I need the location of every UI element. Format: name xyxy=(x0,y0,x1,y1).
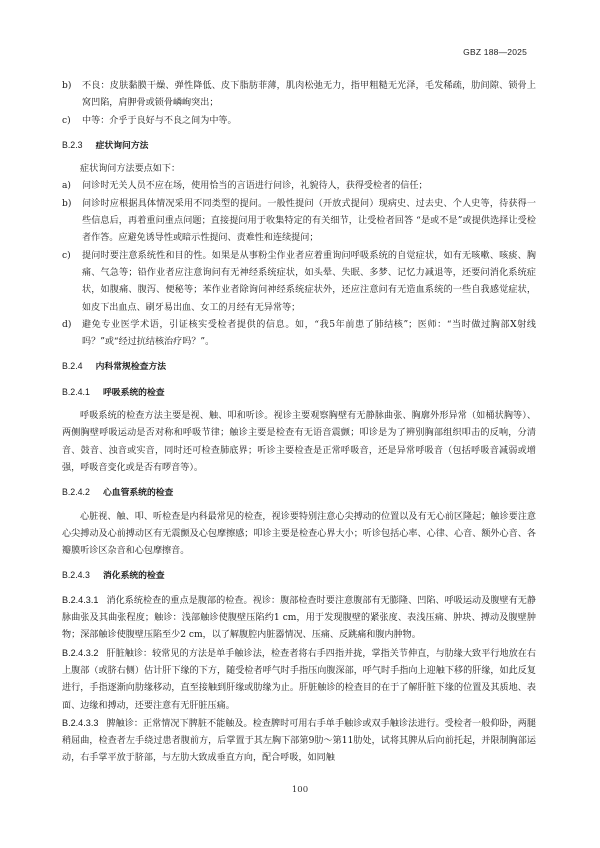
section-heading-b23: B.2.3 症状询问方法 xyxy=(62,137,536,155)
subclause-text: 脾触诊：正常情况下脾脏不能触及。检查脾时可用右手单手触诊或双手触诊法进行。受检者… xyxy=(62,719,536,764)
section-title: 呼吸系统的检查 xyxy=(103,388,165,398)
document-page: GBZ 188—2025 b) 不良：皮肤黏膜干燥、弹性降低、皮下脂肪菲薄，肌肉… xyxy=(0,0,600,848)
section-heading-b243: B.2.4.3 消化系统的检查 xyxy=(62,567,536,585)
list-item: c) 提问时要注意系统性和目的性。如果是从事粉尘作业者应着重询问呼吸系统的自觉症… xyxy=(62,248,536,317)
page-number: 100 xyxy=(0,785,600,795)
section-title: 心血管系统的检查 xyxy=(103,488,173,498)
page-content: b) 不良：皮肤黏膜干燥、弹性降低、皮下脂肪菲薄，肌肉松弛无力，指甲粗糙无光泽，… xyxy=(62,78,536,768)
list-marker: d) xyxy=(62,317,71,334)
list-text: 问诊时应根据具体情况采用不同类型的提问。一般性提问（开放式提问）现病史、过去史、… xyxy=(82,199,536,244)
list-marker: b) xyxy=(62,196,71,213)
list-text: 问诊时无关人员不应在场，使用恰当的言语进行问诊，礼貌待人，获得受检者的信任； xyxy=(82,181,428,191)
list-text: 中等：介乎于良好与不良之间为中等。 xyxy=(82,116,237,126)
list-marker: c) xyxy=(62,113,71,130)
section-heading-b241: B.2.4.1 呼吸系统的检查 xyxy=(62,384,536,402)
list-marker: b) xyxy=(62,78,71,95)
subclause-number: B.2.4.3.3 xyxy=(62,718,98,728)
section-lead: 症状询问方法要点如下： xyxy=(62,161,536,178)
list-item: b) 问诊时应根据具体情况采用不同类型的提问。一般性提问（开放式提问）现病史、过… xyxy=(62,196,536,248)
list-marker: c) xyxy=(62,248,71,265)
section-title: 内科常规检查方法 xyxy=(96,362,166,372)
paragraph-respiratory: 呼吸系统的检查方法主要是视、触、叩和听诊。视诊主要观察胸壁有无静脉曲张、胸廓外形… xyxy=(62,408,536,477)
section-heading-b242: B.2.4.2 心血管系统的检查 xyxy=(62,484,536,502)
subclause: B.2.4.3.2肝脏触诊：较常见的方法是单手触诊法，检查者将右手四指并拢，掌指… xyxy=(62,645,536,715)
subclause-number: B.2.4.3.1 xyxy=(62,595,98,605)
section-number: B.2.4.2 xyxy=(62,487,90,497)
subclause: B.2.4.3.3脾触诊：正常情况下脾脏不能触及。检查脾时可用右手单手触诊或双手… xyxy=(62,715,536,768)
section-heading-b24: B.2.4 内科常规检查方法 xyxy=(62,358,536,376)
section-title: 症状询问方法 xyxy=(96,141,149,151)
list-item: d) 避免专业医学术语，引证核实受检者提供的信息。如，“我5年前患了肺结核”；医… xyxy=(62,317,536,352)
subclause: B.2.4.3.1消化系统检查的重点是腹部的检查。视诊：腹部检查时要注意腹部有无… xyxy=(62,592,536,645)
subclause-text: 肝脏触诊：较常见的方法是单手触诊法，检查者将右手四指并拢，掌指关节伸直，与肋缘大… xyxy=(62,649,536,711)
standard-code: GBZ 188—2025 xyxy=(463,47,527,57)
paragraph-cardiovascular: 心脏视、触、叩、听检查是内科最常见的检查，视诊要特别注意心尖搏动的位置以及有无心… xyxy=(62,509,536,561)
section-number: B.2.4 xyxy=(62,361,83,371)
section-number: B.2.4.1 xyxy=(62,387,90,397)
list-text: 避免专业医学术语，引证核实受检者提供的信息。如，“我5年前患了肺结核”；医师：“… xyxy=(82,320,536,347)
list-item: a) 问诊时无关人员不应在场，使用恰当的言语进行问诊，礼貌待人，获得受检者的信任… xyxy=(62,178,536,195)
section-number: B.2.3 xyxy=(62,140,83,150)
section-number: B.2.4.3 xyxy=(62,570,90,580)
list-text: 不良：皮肤黏膜干燥、弹性降低、皮下脂肪菲薄，肌肉松弛无力，指甲粗糙无光泽，毛发稀… xyxy=(82,81,536,108)
list-text: 提问时要注意系统性和目的性。如果是从事粉尘作业者应着重询问呼吸系统的自觉症状，如… xyxy=(82,251,536,313)
subclause-text: 消化系统检查的重点是腹部的检查。视诊：腹部检查时要注意腹部有无膨隆、凹陷、呼吸运… xyxy=(62,596,536,641)
list-item: c) 中等：介乎于良好与不良之间为中等。 xyxy=(62,113,536,130)
list-marker: a) xyxy=(62,178,71,195)
subclause-number: B.2.4.3.2 xyxy=(62,648,98,658)
list-item: b) 不良：皮肤黏膜干燥、弹性降低、皮下脂肪菲薄，肌肉松弛无力，指甲粗糙无光泽，… xyxy=(62,78,536,113)
section-title: 消化系统的检查 xyxy=(103,571,165,581)
